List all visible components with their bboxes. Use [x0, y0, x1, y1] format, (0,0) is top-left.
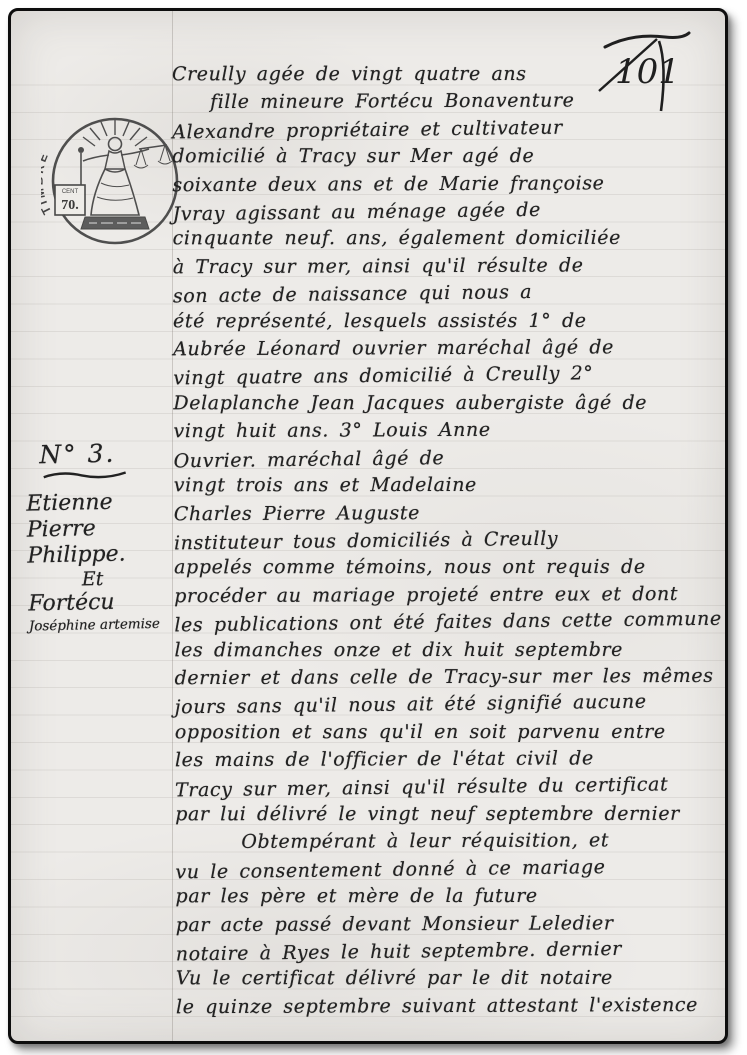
manuscript-line: les publications ont été faites dans cet…: [174, 606, 726, 640]
manuscript-line: Ouvrier. maréchal âgé de: [173, 441, 725, 475]
manuscript-line: opposition et sans qu'il en soit parvenu…: [175, 719, 727, 747]
manuscript-line: appelés comme témoins, nous ont requis d…: [174, 554, 726, 582]
act-number: N° 3.: [39, 437, 176, 469]
margin-name: Fortécu: [28, 588, 179, 617]
timbre-revenue-stamp-icon: TIMBRE CENT 70.: [41, 97, 183, 253]
manuscript-line: les dimanches onze et dix huit septembre: [174, 636, 726, 664]
manuscript-line: Alexandre propriétaire et cultivateur: [172, 112, 724, 146]
manuscript-line: Vu le certificat délivré par le dit nota…: [176, 965, 728, 993]
manuscript-line: Tracy sur mer, ainsi qu'il résulte du ce…: [175, 770, 727, 804]
manuscript-line: vingt trois ans et Madelaine: [174, 472, 726, 500]
manuscript-line: Obtempérant à leur réquisition, et: [241, 827, 727, 857]
stamp-denomination-label: CENT: [62, 189, 79, 195]
manuscript-line: par lui délivré le vingt neuf septembre …: [175, 801, 727, 829]
manuscript-line: Delaplanche Jean Jacques aubergiste âgé …: [173, 390, 725, 418]
manuscript-line: notaire à Ryes le huit septembre. dernie…: [176, 935, 728, 969]
manuscript-line: les mains de l'officier de l'état civil …: [175, 745, 727, 775]
margin-name: Pierre: [27, 514, 178, 543]
manuscript-line: instituteur tous domiciliés à Creully: [174, 524, 726, 558]
manuscript-line: vingt quatre ans domicilié à Creully 2°: [173, 359, 725, 393]
margin-name: Et: [82, 566, 178, 590]
manuscript-line: Charles Pierre Auguste: [174, 498, 726, 528]
margin-name: Philippe.: [27, 540, 178, 569]
manuscript-line: Creully agée de vingt quatre ans: [172, 61, 724, 89]
stamp-denomination-value: 70.: [61, 198, 79, 213]
manuscript-line: le quinze septembre suivant attestant l'…: [176, 992, 728, 1022]
manuscript-text-block: Creully agée de vingt quatre ans fille m…: [172, 60, 728, 1022]
manuscript-line: Jvray agissant au ménage agée de: [172, 195, 724, 229]
margin-name: Etienne: [26, 488, 177, 517]
margin-notes-block: N° 3. Etienne Pierre Philippe. Et Fortéc…: [25, 437, 179, 635]
manuscript-line: domicilié à Tracy sur Mer agé de: [172, 143, 724, 171]
manuscript-line: été représenté, lesquels assistés 1° de: [173, 307, 725, 335]
act-number-flourish-icon: [42, 469, 128, 481]
margin-name: Joséphine artemise: [29, 614, 179, 635]
scanned-register-page: TIMBRE CENT 70. 101 N° 3. Etienne Pierre…: [8, 8, 728, 1044]
manuscript-line: par les père et mère de la future: [176, 883, 728, 911]
manuscript-line: cinquante neuf. ans, également domicilié…: [173, 225, 725, 253]
manuscript-line: vu le consentement donné à ce mariage: [175, 852, 727, 886]
manuscript-line: jours sans qu'il nous ait été signifié a…: [175, 688, 727, 722]
manuscript-line: fille mineure Fortécu Bonaventure: [210, 87, 724, 117]
manuscript-line: son acte de naissance qui nous a: [173, 277, 725, 311]
manuscript-line: vingt huit ans. 3° Louis Anne: [173, 416, 725, 446]
